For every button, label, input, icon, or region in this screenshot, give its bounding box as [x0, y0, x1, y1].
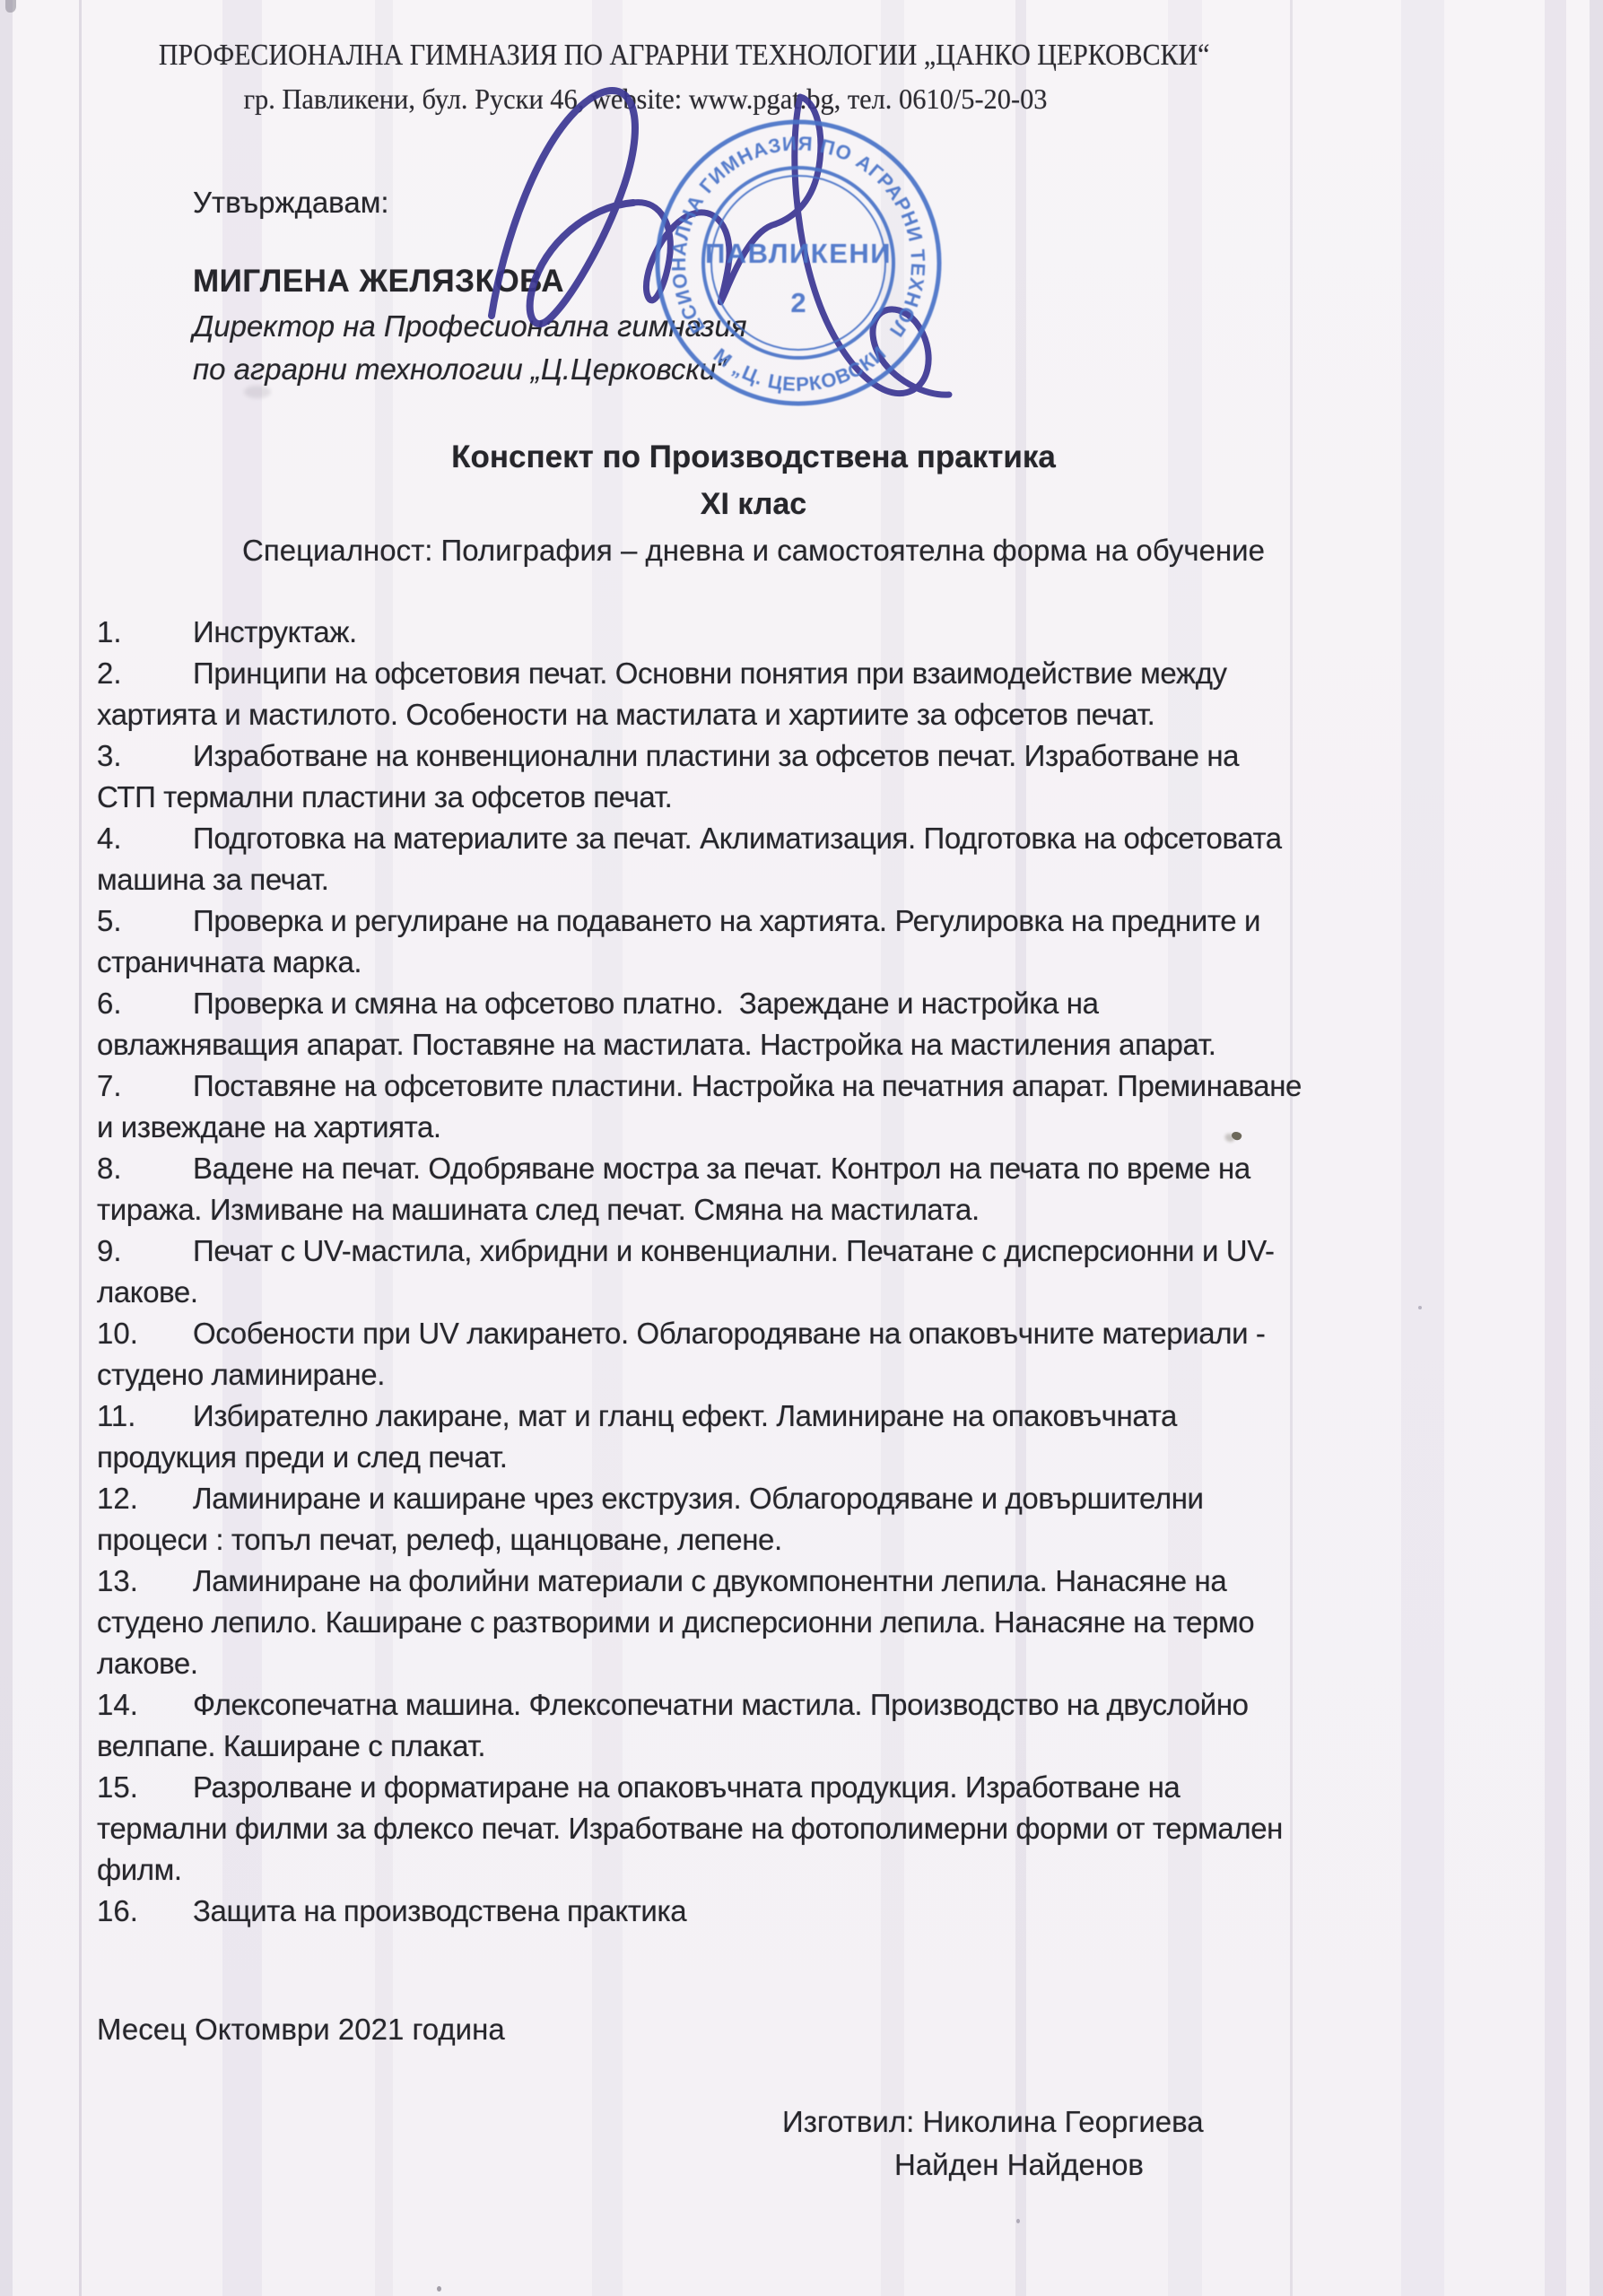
- topic-number: 5.: [97, 900, 193, 942]
- topic-number: 8.: [97, 1148, 193, 1189]
- topic-line: тиража. Измиване на машината след печат.…: [97, 1189, 1568, 1231]
- scan-smudge: [244, 386, 271, 398]
- topic-line: студено лепило. Каширане с разтворими и …: [97, 1602, 1568, 1643]
- topic-item: 10.Особености при UV лакирането. Облагор…: [97, 1313, 1568, 1396]
- topic-line: продукция преди и след печат.: [97, 1437, 1568, 1478]
- topic-number: 9.: [97, 1231, 193, 1272]
- stamp-center-city: ПАВЛИКЕНИ: [705, 238, 892, 269]
- topic-line: лакове.: [97, 1643, 1568, 1684]
- topic-number: 1.: [97, 612, 193, 653]
- approval-label: Утвърждавам:: [193, 186, 389, 220]
- topic-line: и извеждане на хартията.: [97, 1107, 1568, 1148]
- topic-line: 10.Особености при UV лакирането. Облагор…: [97, 1313, 1568, 1354]
- topic-number: 15.: [97, 1767, 193, 1808]
- topic-line: велпапе. Каширане с плакат.: [97, 1726, 1568, 1767]
- footer-date: Месец Октомври 2021 година: [97, 2013, 505, 2047]
- topic-line: 7.Поставяне на офсетовите пластини. Наст…: [97, 1065, 1568, 1107]
- topic-item: 11.Избирателно лакиране, мат и гланц ефе…: [97, 1396, 1568, 1478]
- topic-line: 4.Подготовка на материалите за печат. Ак…: [97, 818, 1568, 859]
- topic-item: 12.Ламиниране и каширане чрез екструзия.…: [97, 1478, 1568, 1561]
- prepared-by-line2: Найден Найденов: [894, 2148, 1144, 2182]
- ink-speck: [1016, 2219, 1020, 2223]
- document-title: Конспект по Производствена практика: [81, 434, 1426, 481]
- topic-number: 13.: [97, 1561, 193, 1602]
- topic-item: 9.Печат с UV-мастила, хибридни и конвенц…: [97, 1231, 1568, 1313]
- school-round-stamp: ПРОФЕСИОНАЛНА ГИМНАЗИЯ ПО АГРАРНИ ТЕХНОЛ…: [646, 110, 951, 415]
- scan-streak: [79, 0, 82, 2296]
- topic-line: страничната марка.: [97, 942, 1568, 983]
- document-title-block: Конспект по Производствена практика XI к…: [81, 434, 1426, 574]
- topic-line: 15.Разролване и форматиране на опаковъчн…: [97, 1767, 1568, 1808]
- topic-line: лакове.: [97, 1272, 1568, 1313]
- topic-item: 5.Проверка и регулиране на подаването на…: [97, 900, 1568, 983]
- topic-item: 16.Защита на производствена практика: [97, 1891, 1568, 1932]
- topic-number: 6.: [97, 983, 193, 1024]
- topic-line: 11.Избирателно лакиране, мат и гланц ефе…: [97, 1396, 1568, 1437]
- document-class: XI клас: [81, 481, 1426, 527]
- topic-item: 8.Вадене на печат. Одобряване мостра за …: [97, 1148, 1568, 1231]
- topic-line: 3.Изработване на конвенционални пластини…: [97, 735, 1568, 777]
- topic-number: 3.: [97, 735, 193, 777]
- topic-line: термални филми за флексо печат. Изработв…: [97, 1808, 1568, 1849]
- topic-line: 6.Проверка и смяна на офсетово платно. З…: [97, 983, 1568, 1024]
- topic-number: 14.: [97, 1684, 193, 1726]
- topic-line: процеси : топъл печат, релеф, щанцоване,…: [97, 1519, 1568, 1561]
- topic-item: 1.Инструктаж.: [97, 612, 1568, 653]
- scan-streak: [1590, 0, 1603, 2296]
- topic-number: 16.: [97, 1891, 193, 1932]
- topic-item: 4.Подготовка на материалите за печат. Ак…: [97, 818, 1568, 900]
- scan-streak: [0, 0, 13, 2296]
- topic-line: машина за печат.: [97, 859, 1568, 900]
- topic-item: 2.Принципи на офсетовия печат. Основни п…: [97, 653, 1568, 735]
- topic-number: 4.: [97, 818, 193, 859]
- stamp-center-number: 2: [790, 287, 806, 318]
- topic-line: 14.Флексопечатна машина. Флексопечатни м…: [97, 1684, 1568, 1726]
- topic-list: 1.Инструктаж.2.Принципи на офсетовия печ…: [97, 612, 1568, 1932]
- topic-line: СТП термални пластини за офсетов печат.: [97, 777, 1568, 818]
- topic-line: филм.: [97, 1849, 1568, 1891]
- topic-line: хартията и мастилото. Особености на маст…: [97, 694, 1568, 735]
- topic-line: 12.Ламиниране и каширане чрез екструзия.…: [97, 1478, 1568, 1519]
- topic-line: овлажняващия апарат. Поставяне на мастил…: [97, 1024, 1568, 1065]
- ink-speck: [437, 2286, 441, 2292]
- topic-line: 9.Печат с UV-мастила, хибридни и конвенц…: [97, 1231, 1568, 1272]
- topic-item: 7.Поставяне на офсетовите пластини. Наст…: [97, 1065, 1568, 1148]
- topic-item: 14.Флексопечатна машина. Флексопечатни м…: [97, 1684, 1568, 1767]
- topic-number: 2.: [97, 653, 193, 694]
- scan-corner-mark: [5, 0, 16, 13]
- prepared-by-line1: Изготвил: Николина Георгиева: [782, 2105, 1204, 2139]
- topic-line: студено ламиниране.: [97, 1354, 1568, 1396]
- topic-line: 16.Защита на производствена практика: [97, 1891, 1568, 1932]
- document-specialty: Специалност: Полиграфия – дневна и самос…: [81, 527, 1426, 574]
- topic-line: 5.Проверка и регулиране на подаването на…: [97, 900, 1568, 942]
- topic-line: 1.Инструктаж.: [97, 612, 1568, 653]
- topic-item: 15.Разролване и форматиране на опаковъчн…: [97, 1767, 1568, 1891]
- signature-stroke: [492, 91, 635, 324]
- topic-number: 7.: [97, 1065, 193, 1107]
- topic-number: 12.: [97, 1478, 193, 1519]
- topic-number: 11.: [97, 1396, 193, 1437]
- topic-line: 8.Вадене на печат. Одобряване мостра за …: [97, 1148, 1568, 1189]
- topic-item: 3.Изработване на конвенционални пластини…: [97, 735, 1568, 818]
- topic-line: 13.Ламиниране на фолийни материали с дву…: [97, 1561, 1568, 1602]
- topic-line: 2.Принципи на офсетовия печат. Основни п…: [97, 653, 1568, 694]
- topic-item: 6.Проверка и смяна на офсетово платно. З…: [97, 983, 1568, 1065]
- topic-item: 13.Ламиниране на фолийни материали с дву…: [97, 1561, 1568, 1684]
- scanned-document-page: ПРОФЕСИОНАЛНА ГИМНАЗИЯ ПО АГРАРНИ ТЕХНОЛ…: [0, 0, 1603, 2296]
- topic-number: 10.: [97, 1313, 193, 1354]
